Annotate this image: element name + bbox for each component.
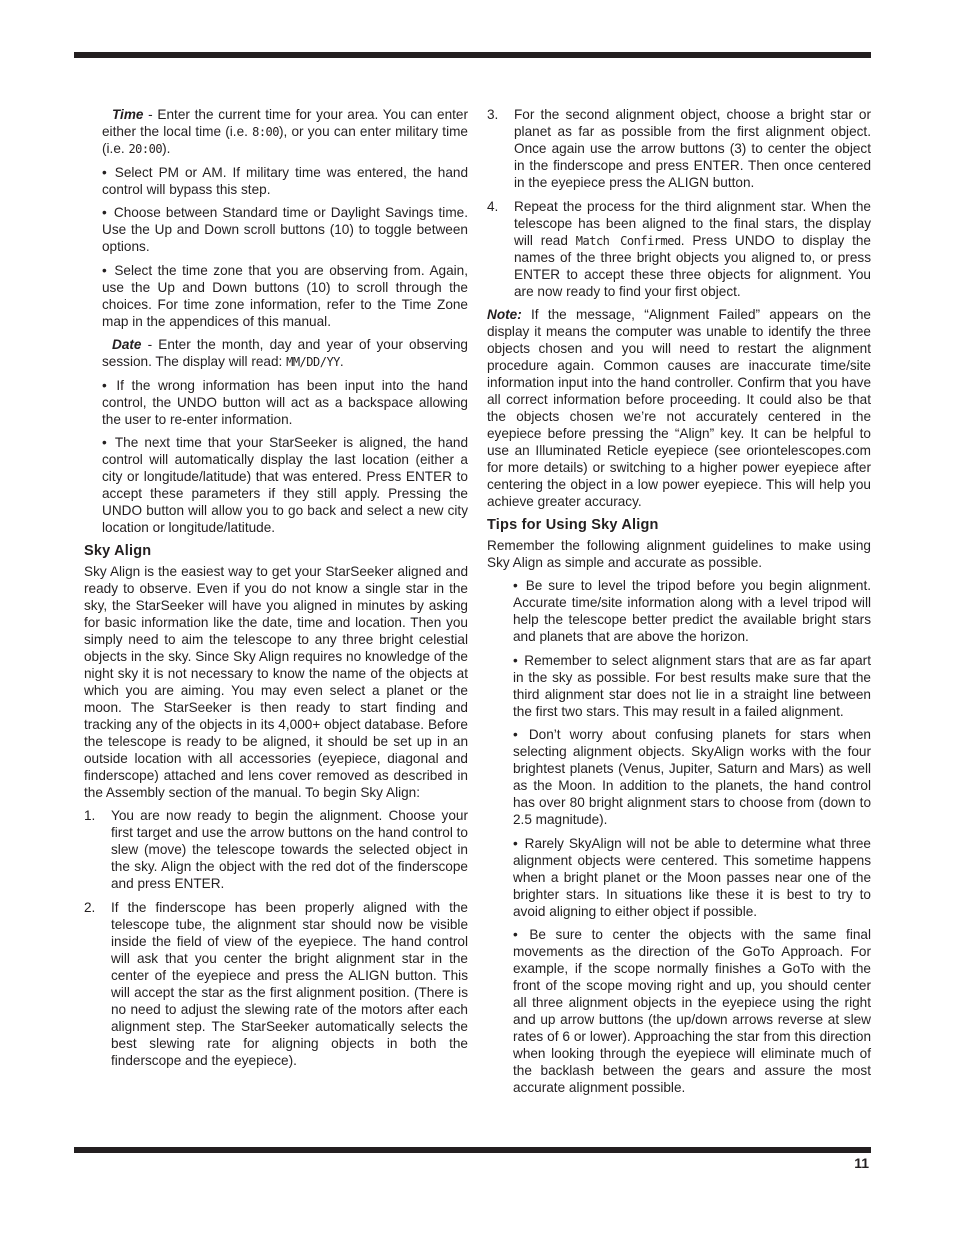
- paragraph: Date - Enter the month, day and year of …: [102, 336, 468, 370]
- page-number: 11: [854, 1155, 869, 1171]
- text-segment: - Enter the month, day and year of your …: [102, 337, 468, 369]
- lcd-display-text: 8:00: [252, 125, 279, 139]
- text-segment: Select the time zone that you are observ…: [102, 263, 468, 329]
- text-segment: The next time that your StarSeeker is al…: [102, 435, 468, 535]
- bullet-icon: •: [513, 836, 525, 851]
- text-segment: Be sure to center the objects with the s…: [513, 927, 871, 1095]
- bullet-list-item: • The next time that your StarSeeker is …: [102, 434, 468, 536]
- text-segment: Be sure to level the tripod before you b…: [513, 578, 871, 644]
- text-segment: Select PM or AM. If military time was en…: [102, 165, 468, 197]
- bullet-list-item: • Don’t worry about confusing planets fo…: [513, 726, 871, 828]
- right-column: 3.For the second alignment object, choos…: [487, 106, 871, 1103]
- section-heading: Sky Align: [84, 543, 468, 560]
- bullet-icon: •: [513, 927, 529, 942]
- text-segment: If the wrong information has been input …: [102, 378, 468, 427]
- bullet-icon: •: [102, 165, 115, 180]
- manual-page: Time - Enter the current time for your a…: [0, 0, 954, 1235]
- numbered-list-item: 2.If the finderscope has been properly a…: [84, 899, 468, 1069]
- bullet-icon: •: [513, 653, 524, 668]
- text-segment: You are now ready to begin the alignment…: [111, 808, 468, 891]
- bottom-rule-bar: [74, 1147, 871, 1153]
- numbered-list-item: 4.Repeat the process for the third align…: [487, 198, 871, 300]
- bullet-icon: •: [513, 578, 526, 593]
- lcd-display-text: Match Confirmed: [576, 234, 681, 248]
- numbered-list-item: 3.For the second alignment object, choos…: [487, 106, 871, 191]
- bullet-icon: •: [102, 435, 115, 450]
- bullet-icon: •: [102, 378, 116, 393]
- list-number: 3.: [487, 106, 498, 123]
- text-segment: .: [340, 354, 344, 369]
- text-segment: Time: [112, 107, 143, 122]
- bullet-list-item: • Rarely SkyAlign will not be able to de…: [513, 835, 871, 920]
- lcd-display-text: MM/DD/YY: [286, 355, 340, 369]
- numbered-list-item: 1.You are now ready to begin the alignme…: [84, 807, 468, 892]
- text-segment: Sky Align is the easiest way to get your…: [84, 564, 468, 800]
- bullet-icon: •: [513, 727, 529, 742]
- section-heading: Tips for Using Sky Align: [487, 517, 871, 534]
- text-segment: Choose between Standard time or Daylight…: [102, 205, 468, 254]
- bullet-list-item: • If the wrong information has been inpu…: [102, 377, 468, 428]
- left-column: Time - Enter the current time for your a…: [84, 106, 468, 1075]
- bullet-list-item: • Select the time zone that you are obse…: [102, 262, 468, 330]
- list-number: 2.: [84, 899, 95, 916]
- text-segment: For the second alignment object, choose …: [514, 107, 871, 190]
- list-number: 1.: [84, 807, 95, 824]
- paragraph: Note: If the message, “Alignment Failed”…: [487, 306, 871, 510]
- bullet-list-item: • Choose between Standard time or Daylig…: [102, 204, 468, 255]
- text-segment: Remember to select alignment stars that …: [513, 653, 871, 719]
- paragraph: Remember the following alignment guideli…: [487, 537, 871, 571]
- bullet-icon: •: [102, 263, 114, 278]
- text-segment: Don’t worry about confusing planets for …: [513, 727, 871, 827]
- text-segment: Note:: [487, 307, 522, 322]
- paragraph: Time - Enter the current time for your a…: [102, 106, 468, 157]
- bullet-list-item: • Select PM or AM. If military time was …: [102, 164, 468, 198]
- text-segment: If the message, “Alignment Failed” appea…: [487, 307, 871, 509]
- text-segment: Date: [112, 337, 141, 352]
- text-segment: If the finderscope has been properly ali…: [111, 900, 468, 1068]
- bullet-list-item: • Be sure to center the objects with the…: [513, 926, 871, 1096]
- text-segment: Rarely SkyAlign will not be able to dete…: [513, 836, 871, 919]
- list-number: 4.: [487, 198, 498, 215]
- bullet-list-item: • Be sure to level the tripod before you…: [513, 577, 871, 645]
- lcd-display-text: 20:00: [128, 142, 162, 156]
- top-rule-bar: [74, 52, 871, 58]
- text-segment: Remember the following alignment guideli…: [487, 538, 871, 570]
- bullet-icon: •: [102, 205, 114, 220]
- text-segment: ).: [162, 141, 170, 156]
- paragraph: Sky Align is the easiest way to get your…: [84, 563, 468, 801]
- bullet-list-item: • Remember to select alignment stars tha…: [513, 652, 871, 720]
